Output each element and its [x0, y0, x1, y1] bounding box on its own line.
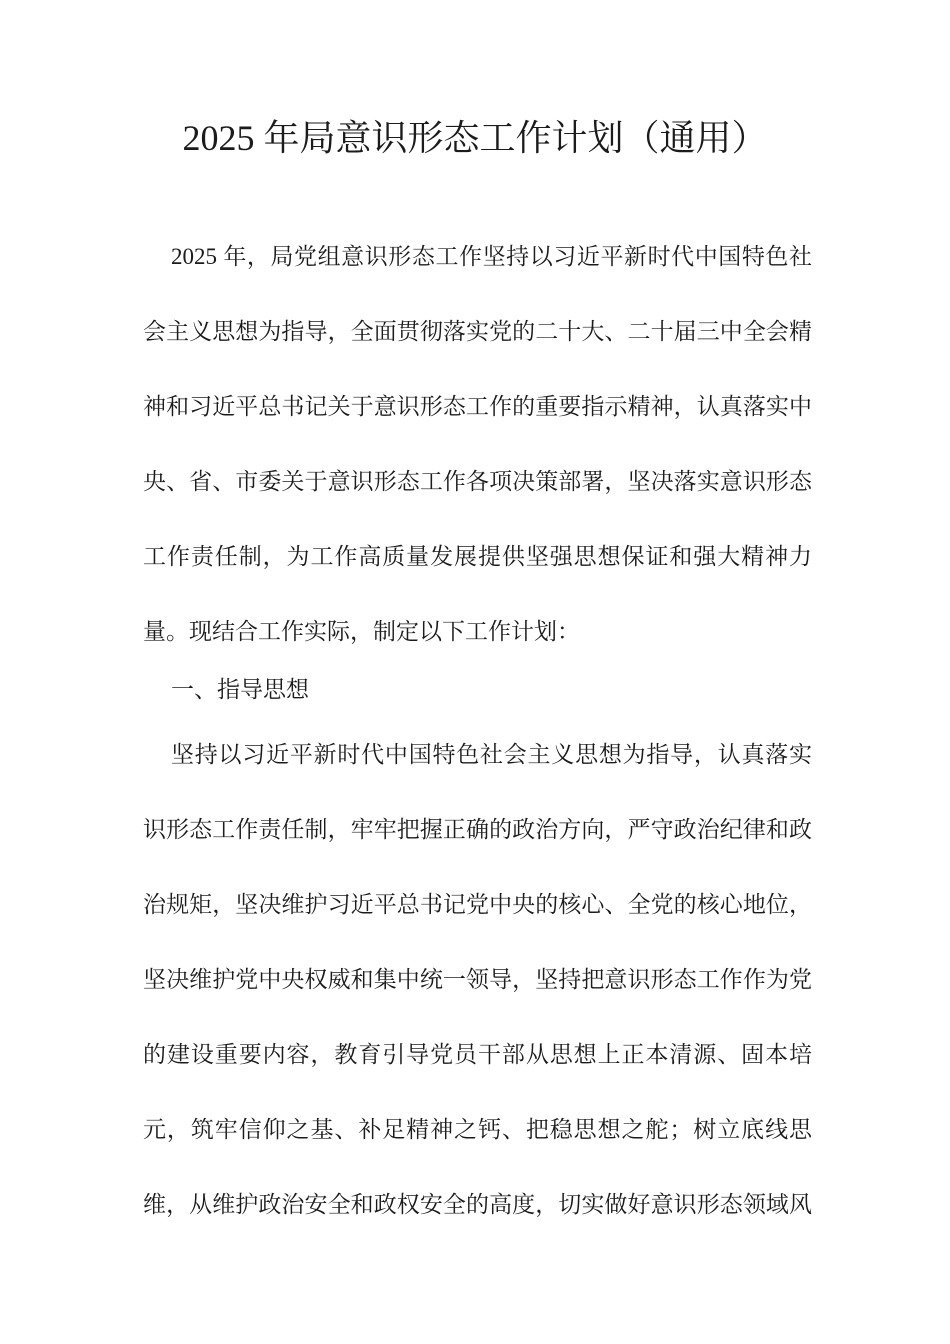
text-line: 央、省、市委关于意识形态工作各项决策部署，坚决落实意识形态 — [143, 444, 812, 519]
text-line: 坚持以习近平新时代中国特色社会主义思想为指导，认真落实意 — [143, 717, 812, 792]
text-line: 量。现结合工作实际，制定以下工作计划： — [143, 594, 812, 669]
document-page: 2025 年局意识形态工作计划（通用） 2025 年，局党组意识形态工作坚持以习… — [0, 0, 950, 1344]
document-body: 2025 年，局党组意识形态工作坚持以习近平新时代中国特色社会主义思想为指导，全… — [143, 219, 812, 1242]
text-line: 维，从维护政治安全和政权安全的高度，切实做好意识形态领域风 — [143, 1167, 812, 1242]
text-line: 2025 年，局党组意识形态工作坚持以习近平新时代中国特色社 — [143, 219, 812, 294]
text-line: 神和习近平总书记关于意识形态工作的重要指示精神，认真落实中 — [143, 369, 812, 444]
paragraph-intro: 2025 年，局党组意识形态工作坚持以习近平新时代中国特色社会主义思想为指导，全… — [143, 219, 812, 669]
section-heading-1: 一、指导思想 — [143, 665, 812, 715]
text-line: 工作责任制，为工作高质量发展提供坚强思想保证和强大精神力 — [143, 519, 812, 594]
text-line: 治规矩，坚决维护习近平总书记党中央的核心、全党的核心地位， — [143, 867, 812, 942]
text-line: 元，筑牢信仰之基、补足精神之钙、把稳思想之舵；树立底线思 — [143, 1092, 812, 1167]
text-line: 的建设重要内容，教育引导党员干部从思想上正本清源、固本培 — [143, 1017, 812, 1092]
text-line: 会主义思想为指导，全面贯彻落实党的二十大、二十届三中全会精 — [143, 294, 812, 369]
paragraph-guiding-ideology: 坚持以习近平新时代中国特色社会主义思想为指导，认真落实意识形态工作责任制，牢牢把… — [143, 717, 812, 1242]
text-line: 坚决维护党中央权威和集中统一领导，坚持把意识形态工作作为党 — [143, 942, 812, 1017]
document-title: 2025 年局意识形态工作计划（通用） — [0, 112, 950, 164]
text-line: 识形态工作责任制，牢牢把握正确的政治方向，严守政治纪律和政 — [143, 792, 812, 867]
